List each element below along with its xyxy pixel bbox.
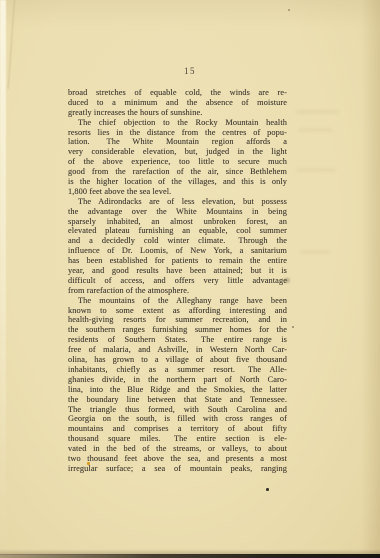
text-line: health-giving resorts for summer recreat… bbox=[68, 315, 287, 325]
paragraph: The chief objection to the Rocky Mountai… bbox=[68, 118, 287, 197]
orange-fleck bbox=[87, 462, 90, 465]
page-number: 15 bbox=[80, 66, 300, 76]
paragraph: broad stretches of equable cold, the win… bbox=[68, 88, 287, 118]
text-line: two thousand feet above the sea, and pre… bbox=[68, 454, 287, 464]
reverse-side-show-through bbox=[298, 128, 332, 132]
paper-speck bbox=[292, 326, 294, 328]
text-line: has been established for patients to rem… bbox=[68, 256, 287, 266]
text-line: lina, into the Blue Ridge and the Smokie… bbox=[68, 385, 287, 395]
text-line: The Adirondacks are of less elevation, b… bbox=[68, 197, 287, 207]
page-bottom-edge bbox=[0, 554, 380, 558]
text-line: irregular surface; a sea of mountain pea… bbox=[68, 464, 287, 474]
text-line: difficult of access, and offers very lit… bbox=[68, 276, 287, 286]
paper-speck bbox=[288, 9, 290, 11]
text-line: resorts lies in the distance from the ce… bbox=[68, 128, 287, 138]
text-line: thousand square miles. The entire sectio… bbox=[68, 434, 287, 444]
text-line: of the above experience, too little to s… bbox=[68, 157, 287, 167]
text-line: vated in the bed of the streams, or vall… bbox=[68, 444, 287, 454]
paragraph: The Adirondacks are of less elevation, b… bbox=[68, 197, 287, 296]
ink-speck bbox=[266, 488, 269, 491]
text-line: olina, has grown to a village of about f… bbox=[68, 355, 287, 365]
text-line: good from the rarefaction of the air, si… bbox=[68, 167, 287, 177]
text-line: residents of Southern States. The entire… bbox=[68, 335, 287, 345]
text-line: free of malaria, and Ashville, in Wester… bbox=[68, 345, 287, 355]
page-crease bbox=[8, 0, 16, 89]
text-line: duced to a minimum and the absence of mo… bbox=[68, 98, 287, 108]
text-line: greatly increases the hours of sunshine. bbox=[68, 108, 287, 118]
page-left-edge-highlight bbox=[0, 0, 6, 558]
text-line: The triangle thus formed, with South Car… bbox=[68, 405, 287, 415]
text-line: the southern ranges furnishing summer ho… bbox=[68, 325, 287, 335]
reverse-side-show-through bbox=[296, 168, 336, 172]
text-line: influence of Dr. Loomis, of New York, a … bbox=[68, 246, 287, 256]
text-column: broad stretches of equable cold, the win… bbox=[68, 88, 287, 474]
book-page-scan: 15 broad stretches of equable cold, the … bbox=[0, 0, 380, 558]
text-line: 1,800 feet above the sea level. bbox=[68, 187, 287, 197]
ink-smudge bbox=[284, 278, 290, 283]
reverse-side-show-through bbox=[296, 110, 338, 114]
text-line: year, and good results have been attaine… bbox=[68, 266, 287, 276]
text-line: Georgia on the south, is filled with cro… bbox=[68, 414, 287, 424]
text-line: known to some extent as affording intere… bbox=[68, 306, 287, 316]
text-line: The mountains of the Alleghany range hav… bbox=[68, 296, 287, 306]
text-line: sparsely inhabited, an almost unbroken f… bbox=[68, 217, 287, 227]
text-line: the advantage over the White Mountains i… bbox=[68, 207, 287, 217]
text-line: lation. The White Mountain region afford… bbox=[68, 137, 287, 147]
text-line: ghanies divide, in the northern part of … bbox=[68, 375, 287, 385]
text-line: broad stretches of equable cold, the win… bbox=[68, 88, 287, 98]
text-line: The chief objection to the Rocky Mountai… bbox=[68, 118, 287, 128]
paragraph: The mountains of the Alleghany range hav… bbox=[68, 296, 287, 474]
text-line: and a decidedly cold winter climate. Thr… bbox=[68, 236, 287, 246]
reverse-side-show-through bbox=[300, 250, 330, 254]
text-line: inhabitants, chiefly as a summer resort.… bbox=[68, 365, 287, 375]
text-line: the boundary line between that State and… bbox=[68, 395, 287, 405]
text-line: very considerable elevation, but, judged… bbox=[68, 147, 287, 157]
text-line: elevated plateau furnishing an equable, … bbox=[68, 226, 287, 236]
text-line: is the higher location of the villages, … bbox=[68, 177, 287, 187]
text-line: mountains and comprises a territory of a… bbox=[68, 424, 287, 434]
text-line: from rarefaction of the atmosphere. bbox=[68, 286, 287, 296]
